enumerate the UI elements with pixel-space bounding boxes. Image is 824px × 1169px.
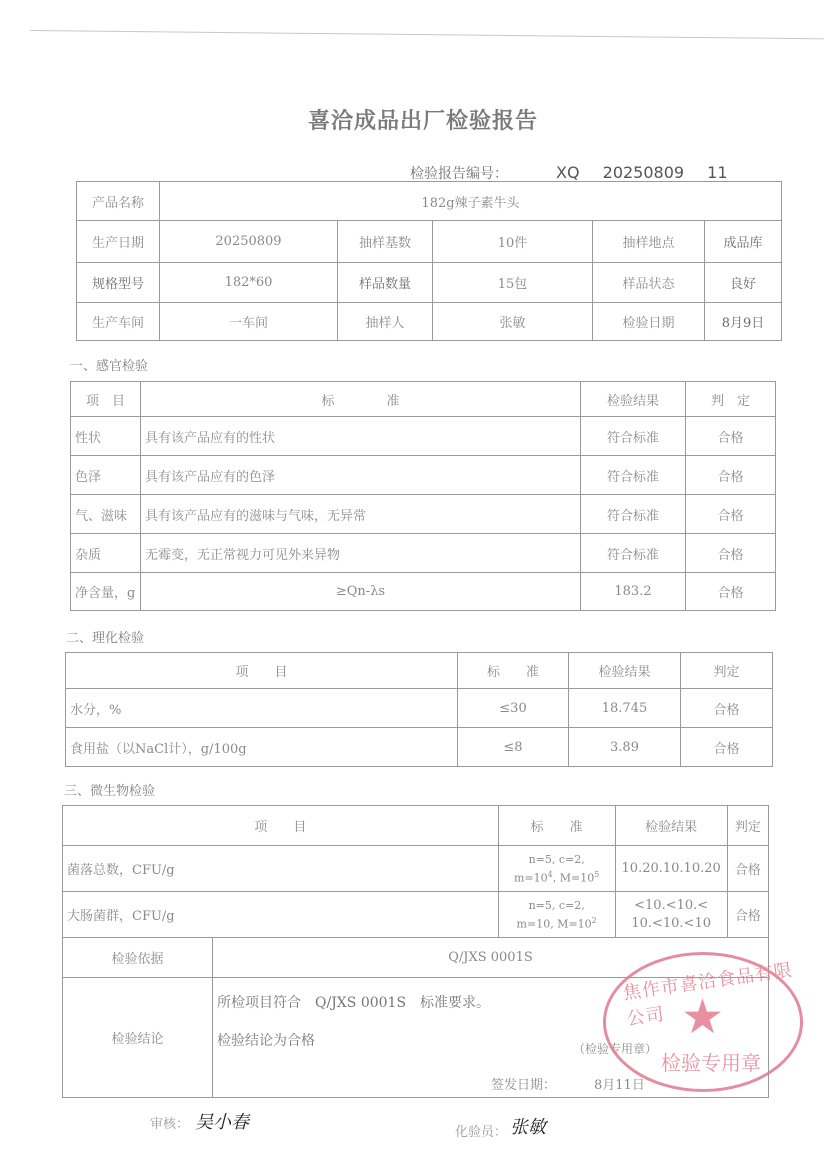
- micro-standard-exp: 2: [592, 916, 597, 925]
- sampling-base-label: 抽样基数: [338, 221, 433, 263]
- sensory-table: 项 目 标 准 检验结果 判 定 性状 具有该产品应有的性状 符合标准 合格 色…: [70, 381, 776, 611]
- sensory-standard: 具有该产品应有的滋味与气味，无异常: [141, 495, 581, 534]
- micro-standard-line: n=5, c=2,: [503, 898, 611, 913]
- physchem-result: 3.89: [569, 728, 681, 767]
- production-date-label: 生产日期: [77, 221, 160, 263]
- micro-standard-text: , M=10: [553, 871, 594, 884]
- inspector-signature: 张敏: [510, 1113, 546, 1139]
- micro-result-line: 10.<10.<10: [620, 915, 723, 933]
- micro-verdict: 合格: [727, 892, 768, 938]
- physchem-verdict: 合格: [681, 689, 773, 728]
- physchem-header-result: 检验结果: [569, 653, 681, 689]
- sensory-verdict: 合格: [686, 417, 776, 456]
- issue-date-label: 签发日期：: [491, 1078, 556, 1093]
- product-name-label: 产品名称: [77, 182, 160, 221]
- sampling-place-label: 抽样地点: [593, 221, 705, 263]
- sensory-header-item: 项 目: [71, 382, 141, 417]
- issue-date: 签发日期：8月11日: [491, 1074, 645, 1093]
- table-row: 性状 具有该产品应有的性状 符合标准 合格: [71, 417, 776, 456]
- micro-result: <10.<10.< 10.<10.<10: [615, 892, 727, 938]
- sensory-item: 性状: [71, 417, 141, 456]
- table-row: 净含量，g ≥Qn-λs 183.2 合格: [71, 573, 776, 611]
- micro-heading: 三、微生物检验: [64, 780, 155, 799]
- sensory-header-result: 检验结果: [581, 382, 686, 417]
- report-number-value: XQ 20250809 11: [556, 163, 728, 182]
- table-row: 水分，% ≤30 18.745 合格: [66, 689, 773, 728]
- micro-standard-exp: 5: [594, 870, 599, 879]
- table-row: 菌落总数，CFU/g n=5, c=2, m=104, M=105 10.20.…: [63, 846, 769, 892]
- sensory-standard: 具有该产品应有的色泽: [141, 456, 581, 495]
- sensory-item: 杂质: [71, 534, 141, 573]
- sensory-header-standard: 标 准: [141, 382, 581, 417]
- page-title: 喜洽成品出厂检验报告: [308, 104, 538, 135]
- physchem-item: 水分，%: [66, 689, 458, 728]
- product-info-table: 产品名称 182g辣子素牛头 生产日期 20250809 抽样基数 10件 抽样…: [76, 181, 782, 341]
- report-number-label: 检验报告编号：: [410, 166, 508, 182]
- sensory-item: 净含量，g: [71, 573, 141, 611]
- table-row: 气、滋味 具有该产品应有的滋味与气味，无异常 符合标准 合格: [71, 495, 776, 534]
- table-row: 色泽 具有该产品应有的色泽 符合标准 合格: [71, 456, 776, 495]
- micro-standard: n=5, c=2, m=104, M=105: [498, 846, 615, 892]
- physchem-table: 项 目 标 准 检验结果 判定 水分，% ≤30 18.745 合格 食用盐（以…: [65, 652, 773, 767]
- table-row: 食用盐（以NaCl计），g/100g ≤8 3.89 合格: [66, 728, 773, 767]
- micro-item: 大肠菌群，CFU/g: [63, 892, 499, 938]
- micro-standard-text: m=10: [514, 871, 548, 884]
- product-name: 182g辣子素牛头: [160, 182, 782, 221]
- micro-header-result: 检验结果: [615, 806, 727, 846]
- micro-standard: n=5, c=2, m=10, M=102: [498, 892, 615, 938]
- sampling-place: 成品库: [705, 221, 782, 263]
- physchem-standard: ≤8: [458, 728, 569, 767]
- physchem-header-item: 项 目: [66, 653, 458, 689]
- sampling-base: 10件: [433, 221, 593, 263]
- inspect-date: 8月9日: [705, 303, 782, 341]
- sensory-result: 符合标准: [581, 417, 686, 456]
- sensory-standard: 具有该产品应有的性状: [141, 417, 581, 456]
- sensory-header-verdict: 判 定: [686, 382, 776, 417]
- table-row: 大肠菌群，CFU/g n=5, c=2, m=10, M=102 <10.<10…: [63, 892, 769, 938]
- inspector-label: 化验员：: [455, 1121, 507, 1140]
- report-number: 检验报告编号：XQ 20250809 11: [410, 163, 728, 183]
- conclusion-line: 所检项目符合 Q/JXS 0001S 标准要求。: [217, 992, 490, 1012]
- star-icon: ★: [681, 993, 724, 1041]
- micro-standard-line: m=104, M=105: [503, 867, 611, 886]
- micro-standard-line: n=5, c=2,: [503, 852, 611, 867]
- micro-verdict: 合格: [727, 846, 768, 892]
- sample-state-label: 样品状态: [593, 263, 705, 303]
- sensory-result: 符合标准: [581, 534, 686, 573]
- sensory-item: 色泽: [71, 456, 141, 495]
- seal-center-text: 检验专用章: [661, 1047, 761, 1076]
- issue-date-value: 8月11日: [594, 1078, 645, 1093]
- micro-item: 菌落总数，CFU/g: [63, 846, 499, 892]
- physchem-header-verdict: 判定: [681, 653, 773, 689]
- micro-header-verdict: 判定: [727, 806, 768, 846]
- sample-state: 良好: [705, 263, 782, 303]
- sensory-standard: 无霉变，无正常视力可见外来异物: [141, 534, 581, 573]
- physchem-item: 食用盐（以NaCl计），g/100g: [66, 728, 458, 767]
- sampler: 张敏: [433, 303, 593, 341]
- sensory-verdict: 合格: [686, 456, 776, 495]
- sample-qty-label: 样品数量: [338, 263, 433, 303]
- conclusion-line: 检验结论为合格: [217, 1030, 315, 1050]
- micro-result: 10.20.10.10.20: [615, 846, 727, 892]
- micro-header-standard: 标 准: [498, 806, 615, 846]
- workshop-label: 生产车间: [77, 303, 160, 341]
- micro-header-item: 项 目: [63, 806, 499, 846]
- micro-standard-text: m=10, M=10: [517, 917, 592, 930]
- sensory-heading: 一、感官检验: [70, 355, 148, 374]
- spec: 182*60: [160, 263, 338, 303]
- physchem-header-standard: 标 准: [458, 653, 569, 689]
- sensory-verdict: 合格: [686, 495, 776, 534]
- company-seal: 焦作市喜洽食品有限公司 ★ 检验专用章: [603, 952, 803, 1092]
- micro-result-line: <10.<10.<: [620, 897, 723, 915]
- sample-qty: 15包: [433, 263, 593, 303]
- sensory-verdict: 合格: [686, 573, 776, 611]
- reviewer-label: 审核：: [150, 1113, 189, 1132]
- scan-edge-line: [30, 30, 824, 39]
- sampler-label: 抽样人: [338, 303, 433, 341]
- inspect-date-label: 检验日期: [593, 303, 705, 341]
- reviewer-signature: 吴小春: [195, 1108, 249, 1134]
- basis-label: 检验依据: [63, 938, 213, 978]
- physchem-verdict: 合格: [681, 728, 773, 767]
- sensory-result: 183.2: [581, 573, 686, 611]
- conclusion-label: 检验结论: [63, 978, 213, 1098]
- sensory-standard: ≥Qn-λs: [141, 573, 581, 611]
- physchem-standard: ≤30: [458, 689, 569, 728]
- production-date: 20250809: [160, 221, 338, 263]
- sensory-verdict: 合格: [686, 534, 776, 573]
- table-row: 杂质 无霉变，无正常视力可见外来异物 符合标准 合格: [71, 534, 776, 573]
- sensory-result: 符合标准: [581, 456, 686, 495]
- physchem-heading: 二、理化检验: [66, 627, 144, 646]
- workshop: 一车间: [160, 303, 338, 341]
- spec-label: 规格型号: [77, 263, 160, 303]
- sensory-result: 符合标准: [581, 495, 686, 534]
- sensory-item: 气、滋味: [71, 495, 141, 534]
- physchem-result: 18.745: [569, 689, 681, 728]
- micro-standard-line: m=10, M=102: [503, 913, 611, 932]
